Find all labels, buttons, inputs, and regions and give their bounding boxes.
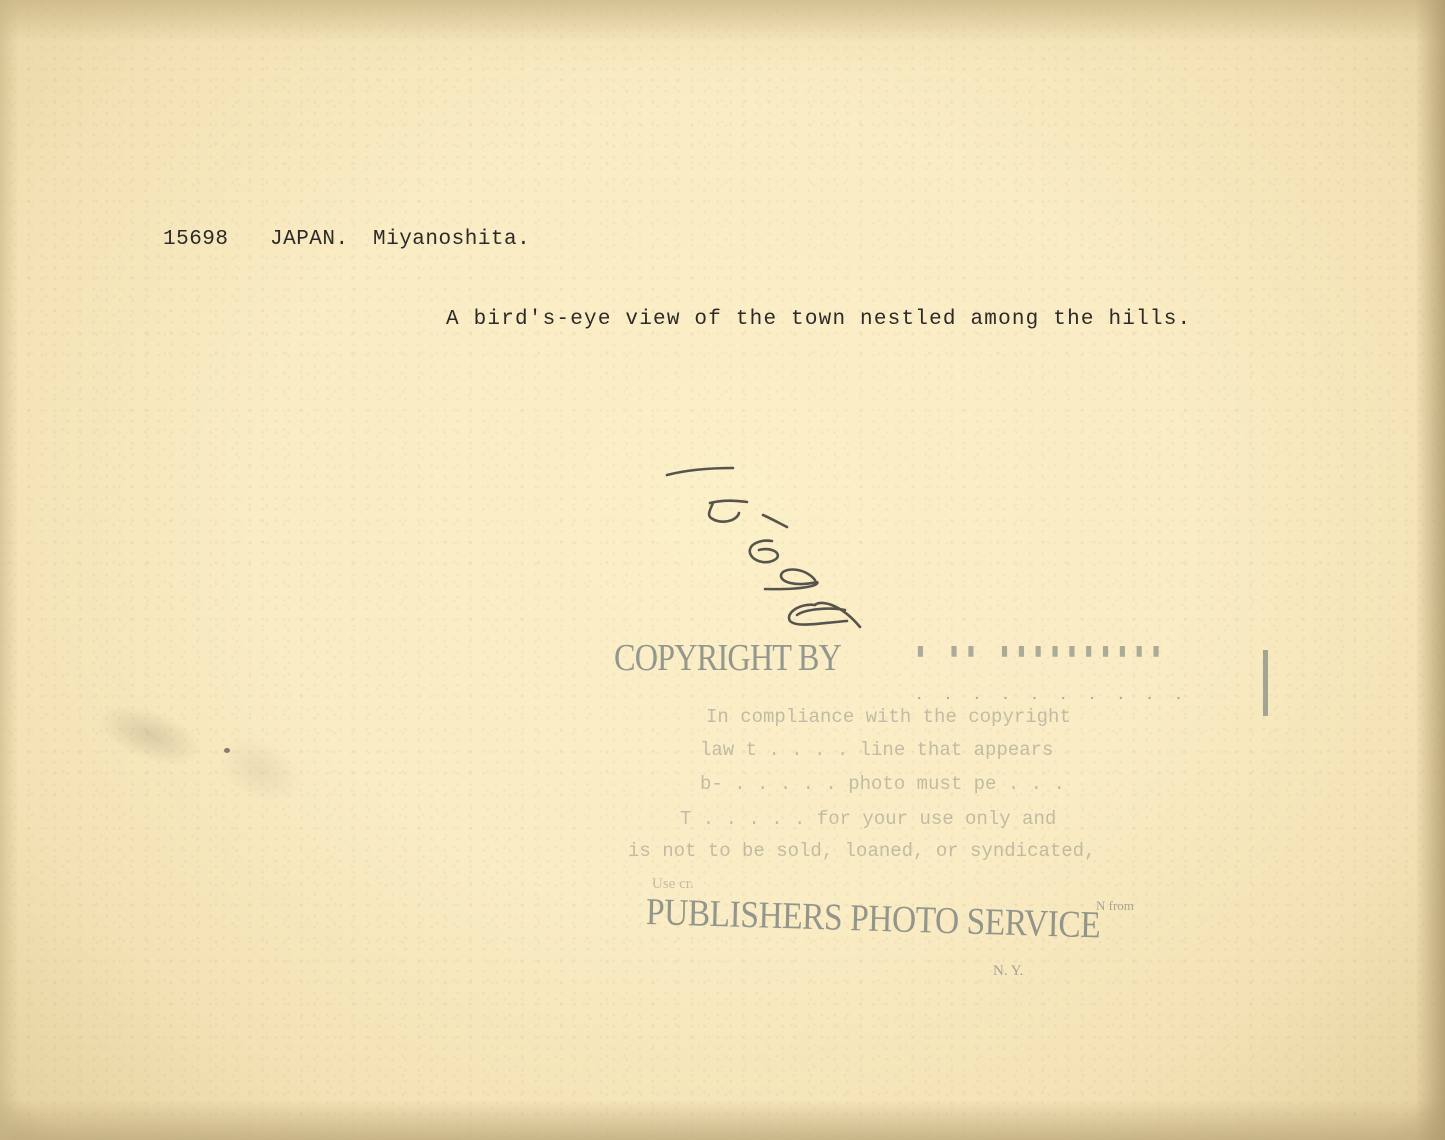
paper-edge-right: [1415, 0, 1445, 1140]
stamp-notice-line: b- . . . . . photo must pe . . .: [700, 773, 1065, 795]
stamp-notice-line: T . . . . . for your use only and: [680, 808, 1056, 830]
paper-edge-top: [0, 0, 1445, 70]
stamp-border: [1263, 650, 1268, 716]
ink-spot: [224, 748, 230, 753]
caption-country: JAPAN.: [270, 228, 349, 251]
stamp-notice-line: is not to be sold, loaned, or syndicated…: [628, 840, 1095, 862]
handwritten-number: [655, 455, 885, 645]
stamp-from-fragment: N from: [1096, 898, 1134, 914]
paper-edge-bottom: [0, 1100, 1445, 1140]
stamp-owner-line2: . . . . . . . . . .: [915, 688, 1189, 704]
stamp-location: N. Y.: [993, 963, 1023, 980]
catalog-number: 15698: [163, 228, 229, 251]
caption-description: A bird's-eye view of the town nestled am…: [446, 308, 1191, 331]
caption-place: Miyanoshita.: [373, 228, 530, 251]
stamp-copyright-label: COPYRIGHT BY: [614, 636, 841, 680]
stamp-notice-line: In compliance with the copyright: [706, 706, 1071, 728]
document-page: 15698 JAPAN. Miyanoshita. A bird's-eye v…: [0, 0, 1445, 1140]
stamp-owner-illegible: ▮ ▮▮ ▮▮▮▮▮▮▮▮▮▮: [915, 640, 1167, 662]
paper-edge-left: [0, 0, 18, 1140]
stamp-notice-line: law t . . . . line that appears: [700, 739, 1053, 761]
stamp-owner-box: ▮ ▮▮ ▮▮▮▮▮▮▮▮▮▮ . . . . . . . . . .: [915, 628, 1270, 718]
